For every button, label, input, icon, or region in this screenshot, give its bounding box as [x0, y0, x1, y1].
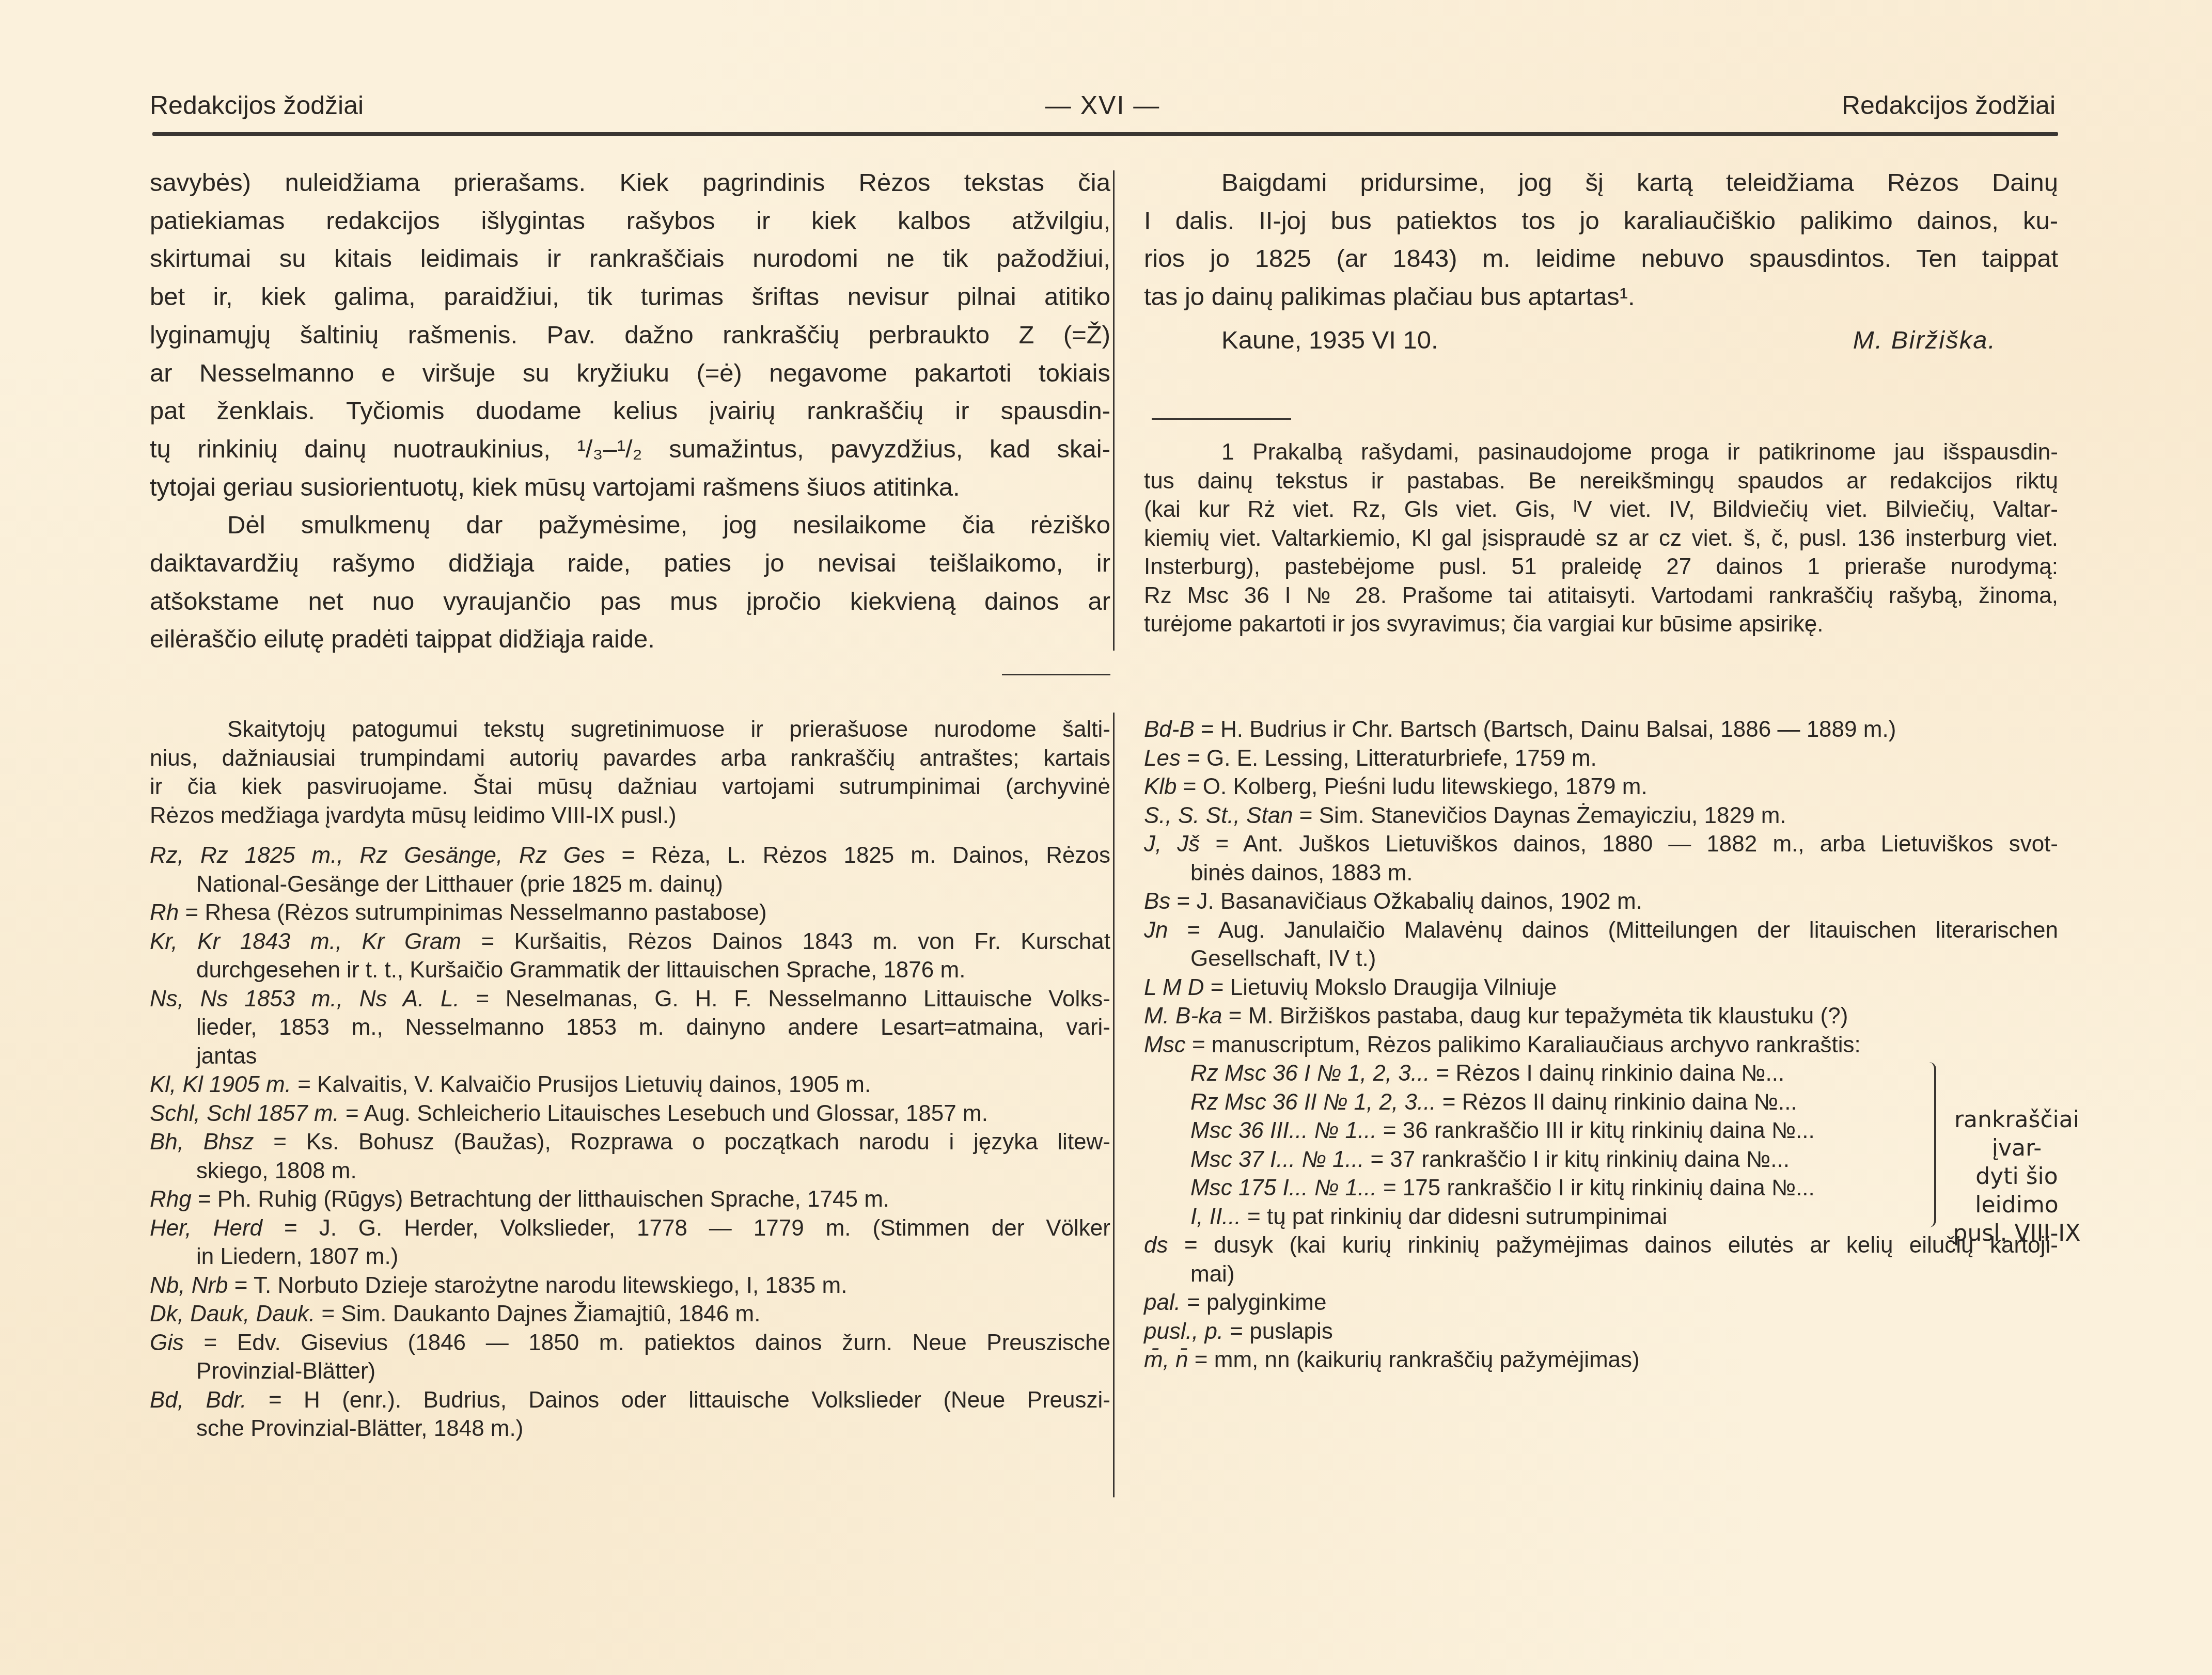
brace-note: rankraščiai įvar-dyti šio leidimopusl. V… — [1950, 1105, 2084, 1247]
entry-first-line: M. B-ka = M. Biržiškos pastaba, daug kur… — [1144, 1002, 2058, 1031]
text-line: tus dainų tekstus ir pastabas. Be nereik… — [1144, 467, 2058, 496]
abbreviation-entry: Bd, Bdr. = H (enr.). Budrius, Dainos ode… — [150, 1386, 1110, 1443]
text-line: atšokstame net nuo vyraujančio pas mus į… — [150, 583, 1110, 621]
definition: = 175 rankraščio I ir kitų rinkinių dain… — [1377, 1175, 1815, 1200]
entry-first-line: Kr, Kr 1843 m., Kr Gram = Kuršaitis, Rėz… — [150, 927, 1110, 956]
definition: = puslapis — [1223, 1319, 1333, 1344]
entry-first-line: Gis = Edv. Gisevius (1846 — 1850 m. pati… — [150, 1329, 1110, 1357]
text-line: bet ir, kiek galima, paraidžiui, tik tur… — [150, 278, 1110, 317]
definition: = Rėzos I dainų rinkinio daina №... — [1430, 1061, 1784, 1086]
page-number: — XVI — — [150, 90, 2056, 120]
definition: = dusyk (kai kurių rinkinių pažymėjimas … — [1168, 1232, 2058, 1258]
entry-continuation: Gesellschaft, IV t.) — [1144, 944, 2058, 973]
abbreviation: Msc 36 III... № 1... — [1190, 1118, 1377, 1143]
entry-first-line: Rhg = Ph. Ruhig (Rūgys) Betrachtung der … — [150, 1185, 1110, 1214]
footnote-marker: 1 — [1221, 439, 1252, 465]
entry-continuation: mai) — [1144, 1260, 2058, 1289]
abbreviation: S., S. St., Stan — [1144, 803, 1293, 828]
abbreviation: Les — [1144, 746, 1181, 771]
entry-first-line: Rh = Rhesa (Rėzos sutrumpinimas Nesselma… — [150, 898, 1110, 927]
definition: = Ks. Bohusz (Baužas), Rozprawa o począt… — [254, 1129, 1110, 1155]
text-line: tų rinkinių dainų nuotraukinius, ¹/₃–¹/₂… — [150, 431, 1110, 469]
abbreviation: m̄, n̄ — [1144, 1347, 1188, 1372]
abbreviation: Msc — [1144, 1032, 1186, 1057]
definition: = Rhesa (Rėzos sutrumpinimas Nesselmanno… — [179, 900, 766, 925]
entry-first-line: Her, Herd = J. G. Herder, Volkslieder, 1… — [150, 1214, 1110, 1243]
text-line: kiemių viet. Valtarkiemio, Kl gal įsispr… — [1144, 524, 2058, 553]
text-line: eilėraščio eilutę pradėti taippat didžią… — [150, 621, 1110, 659]
text-line: Insterburg), pastebėjome pusl. 51 pralei… — [1144, 552, 2058, 581]
abbreviation-entry: M. B-ka = M. Biržiškos pastaba, daug kur… — [1144, 1002, 2058, 1031]
definition: = Neselmanas, G. H. F. Nesselmanno Litta… — [460, 986, 1110, 1012]
definition: = Ant. Juškos Lietuviškos dainos, 1880 —… — [1200, 831, 2058, 857]
bottom-column-divider — [1113, 713, 1115, 1497]
definition: = H. Budrius ir Chr. Bartsch (Bartsch, D… — [1195, 717, 1896, 742]
definition: = manuscriptum, Rėzos palikimo Karaliauč… — [1186, 1032, 1861, 1057]
definition: = Aug. Schleicherio Litauisches Lesebuch… — [339, 1101, 988, 1126]
abbreviation-entry: Kl, Kl 1905 m. = Kalvaitis, V. Kalvaičio… — [150, 1070, 1110, 1099]
abbreviation: M. B-ka — [1144, 1003, 1222, 1029]
brace-note-line: pusl. VIII-IX — [1950, 1219, 2084, 1247]
text-line: Skaitytojų patogumui tekstų sugretinimuo… — [150, 715, 1110, 744]
text-line: skirtumai su kitais leidimais ir rankraš… — [150, 240, 1110, 278]
paragraph: Baigdami pridursime, jog šį kartą teleid… — [1144, 164, 2058, 317]
abbreviation-entry: Les = G. E. Lessing, Litteraturbriefe, 1… — [1144, 744, 2058, 773]
text-line: 1 Prakalbą rašydami, pasinaudojome proga… — [1144, 438, 2058, 467]
entry-first-line: pusl., p. = puslapis — [1144, 1317, 2058, 1346]
abbreviation-entry: L M D = Lietuvių Mokslo Draugija Vilniuj… — [1144, 973, 2058, 1002]
text-line: tytojai geriau susiorientuotų, kiek mūsų… — [150, 469, 1110, 507]
text-line: (kai kur Rż viet. Rz, Gls viet. Gis, ˡV … — [1144, 495, 2058, 524]
header-rule — [152, 132, 2058, 136]
paragraph: Dėl smulkmenų dar pažymėsime, jog nesila… — [150, 507, 1110, 659]
abbreviation-entry: Bs = J. Basanavičiaus Ožkabalių dainos, … — [1144, 887, 2058, 916]
abbreviation-entry: pal. = palyginkime — [1144, 1288, 2058, 1317]
entry-first-line: J, Jš = Ant. Juškos Lietuviškos dainos, … — [1144, 830, 2058, 859]
text-line: ar Nesselmanno e viršuje su kryžiuku (=ė… — [150, 355, 1110, 393]
abbreviation-entry: Kr, Kr 1843 m., Kr Gram = Kuršaitis, Rėz… — [150, 927, 1110, 985]
running-header: Redakcijos žodžiai — XVI — Redakcijos žo… — [150, 90, 2056, 132]
entry-continuation: skiego, 1808 m. — [150, 1157, 1110, 1186]
definition: = Kalvaitis, V. Kalvaičio Prusijos Lietu… — [291, 1072, 871, 1097]
entry-continuation: jantas — [150, 1042, 1110, 1071]
definition: = J. Basanavičiaus Ožkabalių dainos, 190… — [1170, 889, 1642, 914]
abbreviation: ds — [1144, 1232, 1168, 1258]
definition: = O. Kolberg, Pieśni ludu litewskiego, 1… — [1177, 774, 1648, 799]
definition: = Sim. Daukanto Dajnes Žiamajtiû, 1846 m… — [315, 1301, 760, 1326]
entry-continuation: lieder, 1853 m., Nesselmanno 1853 m. dai… — [150, 1013, 1110, 1042]
paragraph: savybės) nuleidžiama prierašams. Kiek pa… — [150, 164, 1110, 507]
definition: = Rėza, L. Rėzos 1825 m. Dainos, Rėzos — [605, 843, 1110, 868]
entry-continuation: National-Gesänge der Litthauer (prie 182… — [150, 870, 1110, 899]
entry-first-line: m̄, n̄ = mm, nn (kaikurių rankraščių paž… — [1144, 1346, 2058, 1374]
text-line: tas jo dainų palikimas plačiau bus aptar… — [1144, 278, 2058, 317]
definition: = H (enr.). Budrius, Dainos oder littaui… — [247, 1387, 1110, 1413]
abbreviation: pusl., p. — [1144, 1319, 1223, 1344]
entry-first-line: Les = G. E. Lessing, Litteraturbriefe, 1… — [1144, 744, 2058, 773]
abbreviation-entry: Klb = O. Kolberg, Pieśni ludu litewskieg… — [1144, 772, 2058, 801]
abbreviation-entry: Dk, Dauk, Dauk. = Sim. Daukanto Dajnes Ž… — [150, 1300, 1110, 1329]
top-left-column: savybės) nuleidžiama prierašams. Kiek pa… — [150, 164, 1110, 659]
abbreviation: J, Jš — [1144, 831, 1200, 857]
text-line: daiktavardžių rašymo didžiąja raide, pat… — [150, 545, 1110, 583]
definition: = T. Norbuto Dzieje starożytne narodu li… — [228, 1273, 848, 1298]
entry-continuation: durchgesehen ir t. t., Kuršaičio Grammat… — [150, 956, 1110, 985]
entry-first-line: Jn = Aug. Janulaičio Malavėnų dainos (Mi… — [1144, 916, 2058, 945]
signature-line: Kaune, 1935 VI 10. M. Biržiška. — [1144, 322, 2058, 360]
definition: = Lietuvių Mokslo Draugija Vilniuje — [1204, 975, 1557, 1000]
top-right-column: Baigdami pridursime, jog šį kartą teleid… — [1144, 164, 2058, 360]
entry-continuation: Provinzial-Blätter) — [150, 1357, 1110, 1386]
entry-first-line: Bs = J. Basanavičiaus Ožkabalių dainos, … — [1144, 887, 2058, 916]
definition: = Sim. Stanevičios Daynas Żemayicziu, 18… — [1293, 803, 1786, 828]
abbreviation: Rh — [150, 900, 179, 925]
abbreviations-left: Skaitytojų patogumui tekstų sugretinimuo… — [150, 715, 1110, 1443]
definition: = 36 rankraščio III ir kitų rinkinių dai… — [1377, 1118, 1815, 1143]
abbreviation-entry: Gis = Edv. Gisevius (1846 — 1850 m. pati… — [150, 1329, 1110, 1386]
entry-first-line: Bh, Bhsz = Ks. Bohusz (Baužas), Rozprawa… — [150, 1128, 1110, 1157]
abbreviation: L M D — [1144, 975, 1204, 1000]
abbreviation: Rhg — [150, 1187, 192, 1212]
entry-first-line: Nb, Nrb = T. Norbuto Dzieje starożytne n… — [150, 1271, 1110, 1300]
text-line: Dėl smulkmenų dar pažymėsime, jog nesila… — [150, 507, 1110, 545]
abbreviation-entry: Rz, Rz 1825 m., Rz Gesänge, Rz Ges = Rėz… — [150, 841, 1110, 898]
abbreviation-entry: Jn = Aug. Janulaičio Malavėnų dainos (Mi… — [1144, 916, 2058, 973]
entry-first-line: L M D = Lietuvių Mokslo Draugija Vilniuj… — [1144, 973, 2058, 1002]
entry-continuation: in Liedern, 1807 m.) — [150, 1242, 1110, 1271]
entry-first-line: Bd, Bdr. = H (enr.). Budrius, Dainos ode… — [150, 1386, 1110, 1415]
abbreviation: Msc 37 I... № 1... — [1190, 1147, 1364, 1172]
abbreviation: Jn — [1144, 918, 1168, 943]
abbreviation-entry: Msc = manuscriptum, Rėzos palikimo Karal… — [1144, 1031, 2058, 1060]
abbreviation: Bd, Bdr. — [150, 1387, 247, 1413]
abbreviation: Dk, Dauk, Dauk. — [150, 1301, 315, 1326]
section-rule — [1002, 674, 1110, 675]
text-line: Rėzos medžiaga įvardyta mūsų leidimo VII… — [150, 801, 1110, 830]
abbreviation-entry: J, Jš = Ant. Juškos Lietuviškos dainos, … — [1144, 830, 2058, 887]
place-date: Kaune, 1935 VI 10. — [1221, 322, 1438, 360]
intro-paragraph: Skaitytojų patogumui tekstų sugretinimuo… — [150, 715, 1110, 830]
definition: = Edv. Gisevius (1846 — 1850 m. patiekto… — [184, 1330, 1110, 1355]
abbreviation: Rz, Rz 1825 m., Rz Gesänge, Rz Ges — [150, 843, 605, 868]
abbreviation-entry: ds = dusyk (kai kurių rinkinių pažymėjim… — [1144, 1231, 2058, 1288]
text-line: ir čia kiek pasviruojame. Štai mūsų dažn… — [150, 772, 1110, 801]
abbreviation: Gis — [150, 1330, 184, 1355]
abbreviation-entry: Ns, Ns 1853 m., Ns A. L. = Neselmanas, G… — [150, 985, 1110, 1071]
header-right-title: Redakcijos žodžiai — [1842, 90, 2056, 120]
abbreviation: Kl, Kl 1905 m. — [150, 1072, 291, 1097]
abbreviation: Ns, Ns 1853 m., Ns A. L. — [150, 986, 460, 1012]
text-line: turėjome pakartoti ir jos svyravimus; či… — [1144, 610, 2058, 639]
entry-first-line: Kl, Kl 1905 m. = Kalvaitis, V. Kalvaičio… — [150, 1070, 1110, 1099]
abbreviation-entry: Rh = Rhesa (Rėzos sutrumpinimas Nesselma… — [150, 898, 1110, 927]
definition: = mm, nn (kaikurių rankraščių pažymėjima… — [1188, 1347, 1640, 1372]
brace-note-line: dyti šio leidimo — [1950, 1162, 2084, 1219]
abbreviation-entry: Her, Herd = J. G. Herder, Volkslieder, 1… — [150, 1214, 1110, 1271]
abbreviation: I, II... — [1190, 1204, 1241, 1229]
text-line: Rz Msc 36 I № 28. Prašome tai atitaisyti… — [1144, 581, 2058, 610]
abbreviation: Bh, Bhsz — [150, 1129, 254, 1155]
abbreviation: Bd-B — [1144, 717, 1195, 742]
text-line: patiekiamas redakcijos išlygintas rašybo… — [150, 202, 1110, 241]
curly-brace-icon — [1924, 1062, 1936, 1227]
definition: = palyginkime — [1181, 1290, 1326, 1315]
definition: = Ph. Ruhig (Rūgys) Betrachtung der litt… — [192, 1187, 889, 1212]
entry-continuation: sche Provinzial-Blätter, 1848 m.) — [150, 1414, 1110, 1443]
abbreviation-entry: S., S. St., Stan = Sim. Stanevičios Dayn… — [1144, 801, 2058, 830]
entry-first-line: Schl, Schl 1857 m. = Aug. Schleicherio L… — [150, 1099, 1110, 1128]
definition: = Kuršaitis, Rėzos Dainos 1843 m. von Fr… — [461, 929, 1110, 954]
definition: = tų pat rinkinių dar didesni sutrumpini… — [1241, 1204, 1667, 1229]
abbreviation-entry: Rhg = Ph. Ruhig (Rūgys) Betrachtung der … — [150, 1185, 1110, 1214]
footnote-rule — [1152, 418, 1291, 420]
entry-first-line: Rz, Rz 1825 m., Rz Gesänge, Rz Ges = Rėz… — [150, 841, 1110, 870]
definition: = Rėzos II dainų rinkinio daina №... — [1436, 1089, 1797, 1115]
brace-note-line: rankraščiai įvar- — [1950, 1105, 2084, 1162]
abbreviation: Klb — [1144, 774, 1177, 799]
entry-continuation: binės dainos, 1883 m. — [1144, 859, 2058, 888]
entry-first-line: pal. = palyginkime — [1144, 1288, 2058, 1317]
definition: = 37 rankraščio I ir kitų rinkinių daina… — [1364, 1147, 1790, 1172]
entry-first-line: Bd-B = H. Budrius ir Chr. Bartsch (Barts… — [1144, 715, 2058, 744]
definition: = M. Biržiškos pastaba, daug kur tepažym… — [1222, 1003, 1848, 1029]
abbreviation-entry: pusl., p. = puslapis — [1144, 1317, 2058, 1346]
abbreviation: Rz Msc 36 II № 1, 2, 3... — [1190, 1089, 1436, 1115]
text-line: lyginamųjų šaltinių rašmenis. Pav. dažno… — [150, 317, 1110, 355]
abbreviation: Schl, Schl 1857 m. — [150, 1101, 339, 1126]
text-line: Baigdami pridursime, jog šį kartą teleid… — [1144, 164, 2058, 202]
entry-first-line: Klb = O. Kolberg, Pieśni ludu litewskieg… — [1144, 772, 2058, 801]
abbreviation: Her, Herd — [150, 1215, 262, 1241]
abbreviation-entry: Bd-B = H. Budrius ir Chr. Bartsch (Barts… — [1144, 715, 2058, 744]
abbreviation: Msc 175 I... № 1... — [1190, 1175, 1377, 1200]
entry-first-line: Ns, Ns 1853 m., Ns A. L. = Neselmanas, G… — [150, 985, 1110, 1014]
definition: = Aug. Janulaičio Malavėnų dainos (Mitte… — [1168, 918, 2058, 943]
abbreviation: pal. — [1144, 1290, 1181, 1315]
footnote: 1 Prakalbą rašydami, pasinaudojome proga… — [1144, 438, 2058, 639]
text-line: savybės) nuleidžiama prierašams. Kiek pa… — [150, 164, 1110, 202]
text-line: I dalis. II-joj bus patiektos tos jo kar… — [1144, 202, 2058, 241]
definition: = G. E. Lessing, Litteraturbriefe, 1759 … — [1181, 746, 1597, 771]
abbreviations-right: Bd-B = H. Budrius ir Chr. Bartsch (Barts… — [1144, 715, 2058, 1374]
entry-first-line: S., S. St., Stan = Sim. Stanevičios Dayn… — [1144, 801, 2058, 830]
abbreviation-entry: Nb, Nrb = T. Norbuto Dzieje starożytne n… — [150, 1271, 1110, 1300]
abbreviation: Rz Msc 36 I № 1, 2, 3... — [1190, 1061, 1430, 1086]
signature: M. Biržiška. — [1853, 322, 1996, 360]
text-line: pat ženklais. Tyčiomis duodame kelius įv… — [150, 392, 1110, 431]
text-line: rios jo 1825 (ar 1843) m. leidime nebuvo… — [1144, 240, 2058, 278]
abbreviation-entry: m̄, n̄ = mm, nn (kaikurių rankraščių paž… — [1144, 1346, 2058, 1374]
entry-first-line: Dk, Dauk, Dauk. = Sim. Daukanto Dajnes Ž… — [150, 1300, 1110, 1329]
entry-first-line: ds = dusyk (kai kurių rinkinių pažymėjim… — [1144, 1231, 2058, 1260]
abbreviation-entry: Bh, Bhsz = Ks. Bohusz (Baužas), Rozprawa… — [150, 1128, 1110, 1185]
top-column-divider — [1113, 170, 1115, 651]
abbreviation: Bs — [1144, 889, 1170, 914]
definition: = J. G. Herder, Volkslieder, 1778 — 1779… — [262, 1215, 1110, 1241]
abbreviation-entry: Schl, Schl 1857 m. = Aug. Schleicherio L… — [150, 1099, 1110, 1128]
msc-sublist: Rz Msc 36 I № 1, 2, 3... = Rėzos I dainų… — [1190, 1059, 2058, 1231]
abbreviation: Nb, Nrb — [150, 1273, 228, 1298]
text-line: nius, dažniausiai trumpindami autorių pa… — [150, 744, 1110, 773]
abbreviation: Kr, Kr 1843 m., Kr Gram — [150, 929, 461, 954]
entry-first-line: Msc = manuscriptum, Rėzos palikimo Karal… — [1144, 1031, 2058, 1060]
